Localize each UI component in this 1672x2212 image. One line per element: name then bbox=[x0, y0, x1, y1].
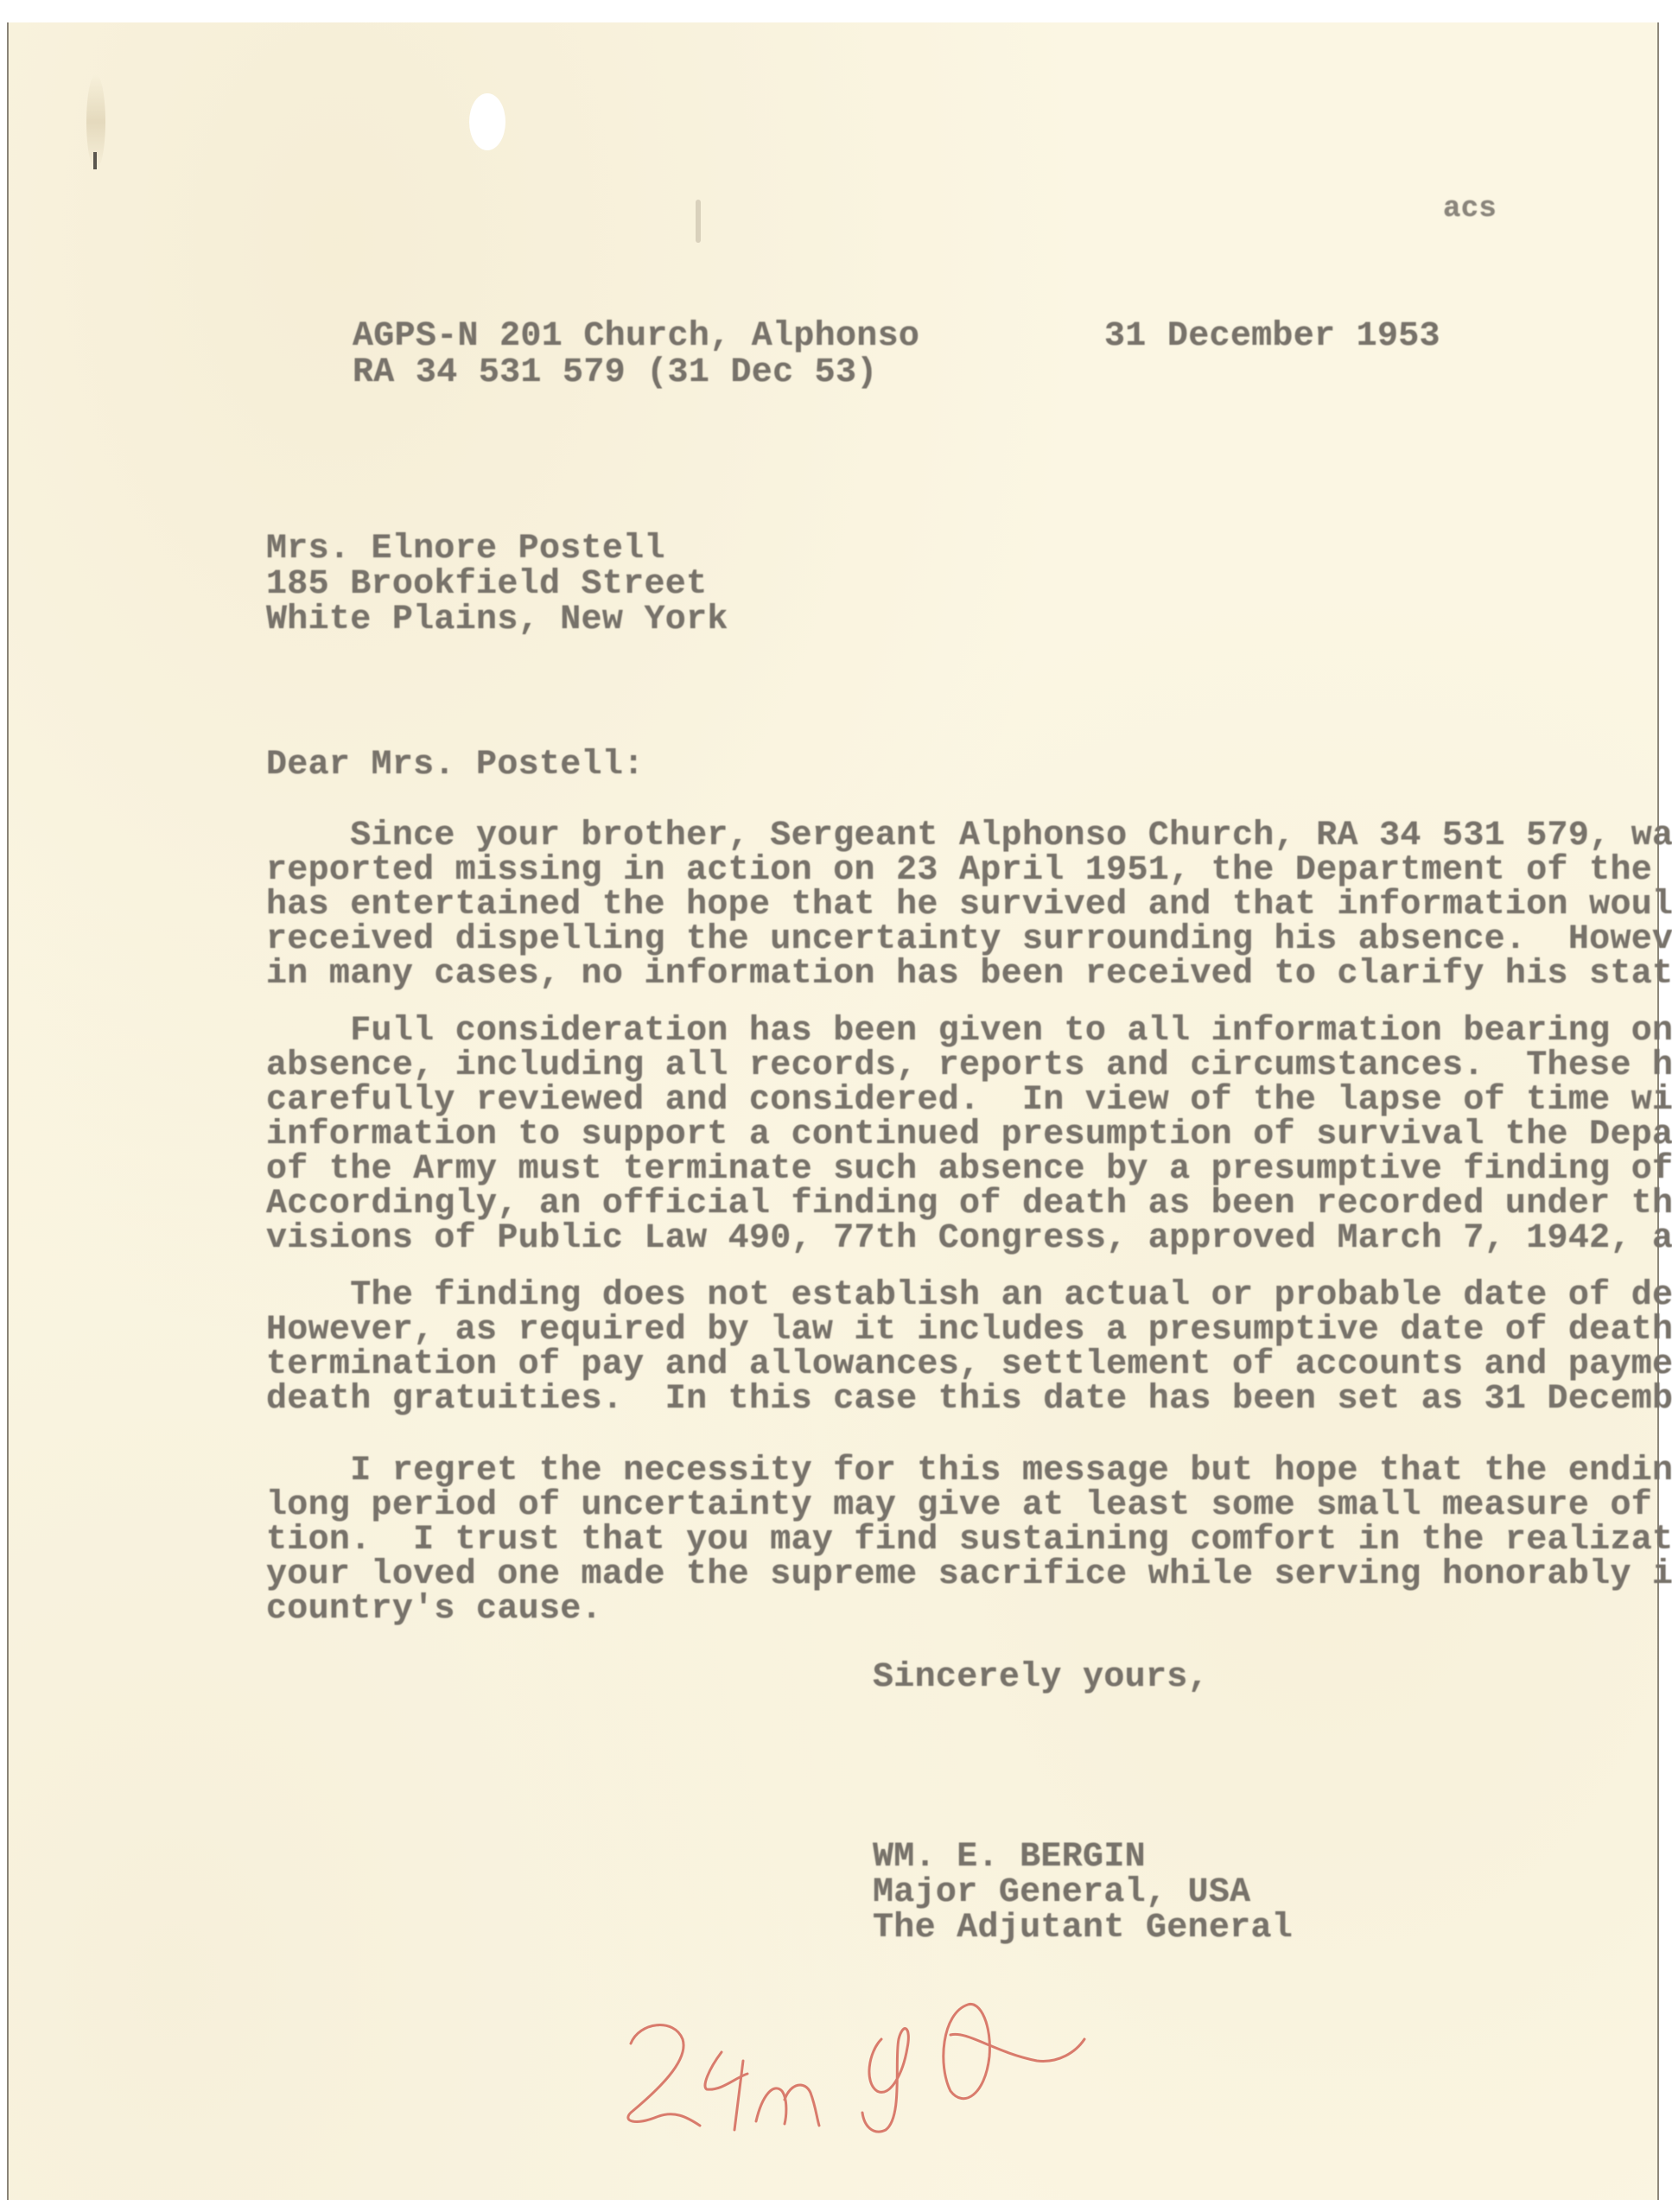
paragraph-line: I regret the necessity for this message … bbox=[266, 1454, 1614, 1489]
recipient-city: White Plains, New York bbox=[266, 603, 728, 638]
paragraph-line: has entertained the hope that he survive… bbox=[266, 888, 1614, 923]
paragraph-line: Accordingly, an official finding of deat… bbox=[266, 1187, 1614, 1222]
paragraph-line: long period of uncertainty may give at l… bbox=[266, 1489, 1614, 1523]
margin-mark bbox=[93, 152, 97, 169]
paragraph-line: visions of Public Law 490, 77th Congress… bbox=[266, 1222, 1614, 1256]
paragraph-4: I regret the necessity for this message … bbox=[266, 1454, 1614, 1627]
recipient-name: Mrs. Elnore Postell bbox=[266, 532, 665, 567]
paragraph-line: Since your brother, Sergeant Alphonso Ch… bbox=[266, 819, 1614, 854]
recipient-street: 185 Brookfield Street bbox=[266, 568, 707, 602]
signer-rank: Major General, USA bbox=[873, 1876, 1250, 1910]
paragraph-2: Full consideration has been given to all… bbox=[266, 1014, 1614, 1256]
paragraph-3: The finding does not establish an actual… bbox=[266, 1279, 1614, 1417]
paragraph-line: received dispelling the uncertainty surr… bbox=[266, 923, 1614, 957]
paragraph-line: termination of pay and allowances, settl… bbox=[266, 1348, 1614, 1382]
signer-name: WM. E. BERGIN bbox=[873, 1840, 1146, 1875]
signer-title: The Adjutant General bbox=[873, 1911, 1293, 1946]
paragraph-line: reported missing in action on 23 April 1… bbox=[266, 854, 1614, 888]
paragraph-line: of the Army must terminate such absence … bbox=[266, 1153, 1614, 1187]
paragraph-line: absence, including all records, reports … bbox=[266, 1049, 1614, 1084]
letter-date: 31 December 1953 bbox=[1104, 320, 1440, 354]
paragraph-line: information to support a continued presu… bbox=[266, 1118, 1614, 1153]
punch-hole bbox=[469, 93, 505, 150]
paragraph-line: in many cases, no information has been r… bbox=[266, 957, 1614, 992]
closing: Sincerely yours, bbox=[873, 1661, 1209, 1695]
file-reference-line-2: RA 34 531 579 (31 Dec 53) bbox=[353, 356, 878, 391]
paragraph-1: Since your brother, Sergeant Alphonso Ch… bbox=[266, 819, 1614, 992]
paragraph-line: carefully reviewed and considered. In vi… bbox=[266, 1084, 1614, 1118]
typist-initials: acs bbox=[1443, 192, 1497, 226]
handwriting-strokes bbox=[605, 1987, 1106, 2134]
paragraph-line: Full consideration has been given to all… bbox=[266, 1014, 1614, 1049]
paragraph-line: country's cause. bbox=[266, 1592, 1614, 1627]
paragraph-line: your loved one made the supreme sacrific… bbox=[266, 1558, 1614, 1592]
paragraph-line: death gratuities. In this case this date… bbox=[266, 1382, 1614, 1417]
salutation: Dear Mrs. Postell: bbox=[266, 748, 644, 783]
paragraph-line: tion. I trust that you may find sustaini… bbox=[266, 1523, 1614, 1558]
file-reference-line-1: AGPS-N 201 Church, Alphonso bbox=[353, 320, 919, 354]
handwritten-annotation: 24mGO bbox=[605, 1987, 1106, 2134]
paragraph-line: The finding does not establish an actual… bbox=[266, 1279, 1614, 1313]
paper-crease bbox=[696, 200, 701, 243]
paragraph-line: However, as required by law it includes … bbox=[266, 1313, 1614, 1348]
